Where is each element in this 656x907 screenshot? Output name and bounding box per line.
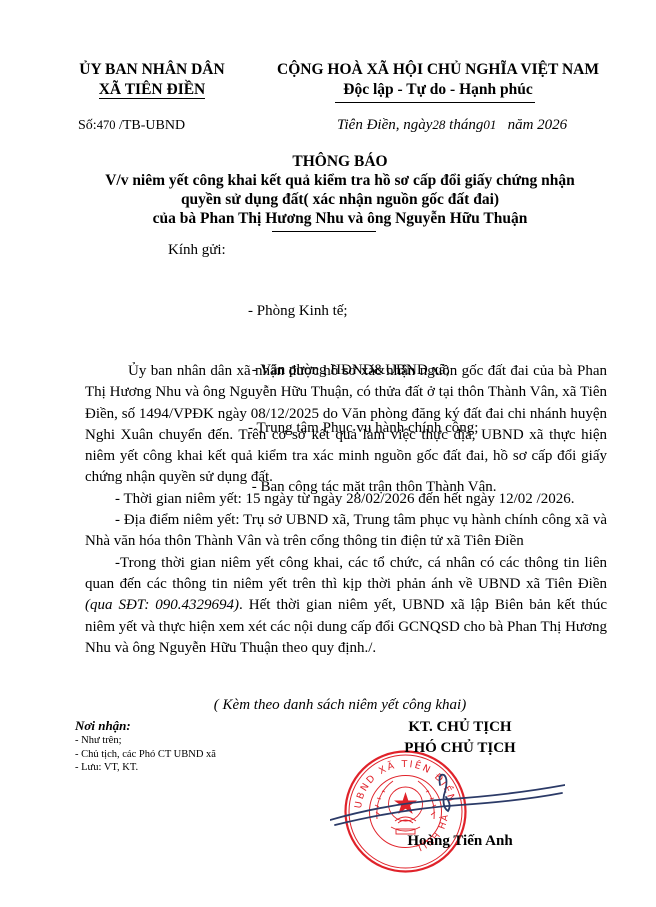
- handwritten-signature: [330, 765, 565, 835]
- nation-name: CỘNG HOÀ XÃ HỘI CHỦ NGHĨA VIỆT NAM: [272, 60, 604, 80]
- attachment-note: ( Kèm theo danh sách niêm yết công khai): [60, 697, 620, 714]
- distribution-item: - Lưu: VT, KT.: [75, 761, 216, 775]
- document-date: Tiên Điền, ngày28 tháng01 năm 2026: [337, 117, 567, 134]
- national-motto: Độc lập - Tự do - Hạnh phúc: [272, 80, 604, 100]
- signature-line1: KT. CHỦ TỊCH: [380, 717, 540, 738]
- distribution-item: - Như trên;: [75, 734, 216, 748]
- contact-phone: (qua SĐT: 090.4329694): [85, 597, 239, 613]
- signature-line2: PHÓ CHỦ TỊCH: [380, 738, 540, 759]
- body-paragraph-feedback: -Trong thời gian niêm yết công khai, các…: [85, 553, 607, 659]
- title-underline: [272, 231, 376, 232]
- distribution-list: - Như trên; - Chủ tịch, các Phó CT UBND …: [75, 734, 216, 775]
- subject-line1: V/v niêm yết công khai kết quả kiểm tra …: [60, 171, 620, 190]
- motto-underline: [335, 102, 535, 103]
- agency-line2: XÃ TIÊN ĐIỀN: [99, 80, 206, 100]
- subject-line3: của bà Phan Thị Hương Nhu và ông Nguyễn …: [60, 209, 620, 228]
- agency-line1: ỦY BAN NHÂN DÂN: [62, 60, 242, 80]
- document-title: THÔNG BÁO V/v niêm yết công khai kết quả…: [60, 152, 620, 228]
- body-posting-place: - Địa điểm niêm yết: Trụ sở UBND xã, Tru…: [85, 510, 607, 553]
- distribution-label: Nơi nhận:: [75, 718, 131, 734]
- recipients-label: Kính gửi:: [168, 242, 226, 259]
- issuing-agency: ỦY BAN NHÂN DÂN XÃ TIÊN ĐIỀN: [62, 60, 242, 100]
- distribution-item: - Chủ tịch, các Phó CT UBND xã: [75, 748, 216, 762]
- recipient-item: - Phòng Kinh tế;: [248, 302, 497, 322]
- notice-body: Ủy ban nhân dân xã nhận được hồ sơ xác n…: [85, 361, 607, 659]
- subject-line2: quyền sử dụng đất( xác nhận nguồn gốc đấ…: [60, 190, 620, 209]
- signature-title: KT. CHỦ TỊCH PHÓ CHỦ TỊCH: [380, 717, 540, 758]
- document-number: Số:470 /TB-UBND: [78, 118, 185, 134]
- signer-name: Hoàng Tiến Anh: [380, 833, 540, 850]
- body-posting-time: - Thời gian niêm yết: 15 ngày từ ngày 28…: [85, 489, 607, 510]
- body-paragraph-intro: Ủy ban nhân dân xã nhận được hồ sơ xác n…: [85, 361, 607, 489]
- national-header: CỘNG HOÀ XÃ HỘI CHỦ NGHĨA VIỆT NAM Độc l…: [272, 60, 604, 100]
- title-heading: THÔNG BÁO: [60, 152, 620, 171]
